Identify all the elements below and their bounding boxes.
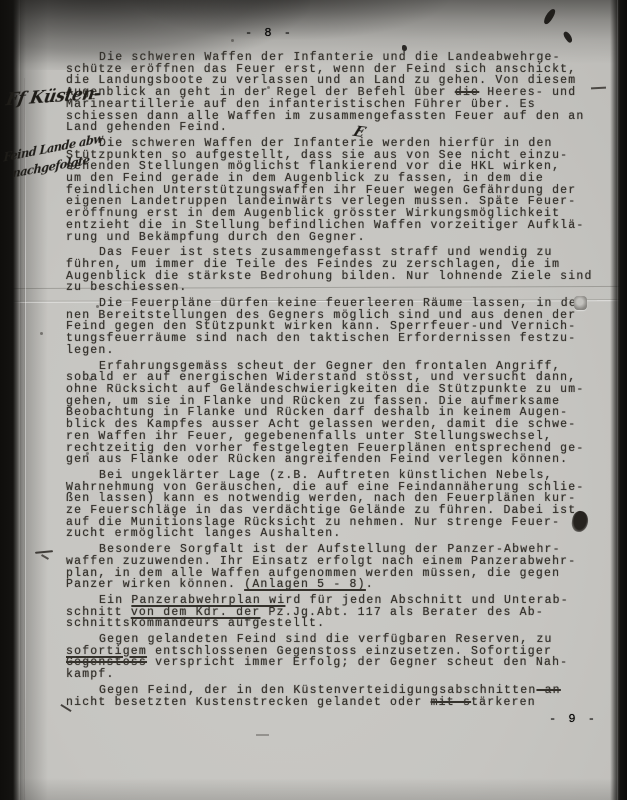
typed-text-block: Die schweren Waffen der Infanterie und d… [66, 52, 606, 712]
paper-speck [96, 305, 99, 308]
paper-speck [40, 332, 43, 335]
ink-speck [402, 45, 407, 51]
paper-speck [267, 86, 270, 89]
text-line: ren Waffen ihr Feuer, gegebenenfalls unt… [66, 431, 606, 443]
text-line: legen. [66, 345, 606, 357]
text-line: um den Feind gerade in dem Augenblick zu… [66, 173, 606, 185]
text-line: tungsfeuerräume sind nach den taktischen… [66, 333, 606, 345]
text-line: zu beschiessen. [66, 282, 606, 294]
text-line: Bei ungeklärter Lage (z.B. Auftreten kün… [66, 470, 606, 482]
paragraph: Die schweren Waffen der Infanterie werde… [66, 138, 606, 243]
text-line: führen, um immer die Teile des Feindes z… [66, 259, 606, 271]
text-line: kampf. [66, 669, 606, 681]
text-line: Die schweren Waffen der Infanterie und d… [66, 52, 606, 64]
paragraph: Gegen Feind, der in den Küstenverteidigu… [66, 685, 606, 708]
text-line: Land gehenden Feind. [66, 122, 606, 134]
page-number-top: - 8 - [245, 26, 294, 40]
paragraph: Gegen gelandeten Feind sind die verfügba… [66, 634, 606, 681]
scan-edge-right [610, 0, 627, 800]
text-line: Gegenstoss verspricht immer Erfolg; der … [66, 657, 606, 669]
paragraph: Erfahrungsgemäss scheut der Gegner den f… [66, 361, 606, 466]
paragraph: Das Feuer ist stets zusammengefasst stra… [66, 247, 606, 294]
stray-dash-mark [256, 734, 269, 736]
paper-speck [86, 452, 89, 455]
scan-edge-left [0, 0, 26, 800]
text-line: ohne Rücksicht auf Geländeschwierigkeite… [66, 384, 606, 396]
text-line: Die schweren Waffen der Infanterie werde… [66, 138, 606, 150]
paragraph: Die Feuerpläne dürfen keine feuerleeren … [66, 298, 606, 357]
text-line: waffen zuzuwenden. Ihr Einsatz erfolgt n… [66, 556, 606, 568]
text-line: entzieht die in Stellung befindlichen Wa… [66, 220, 606, 232]
staple-hole-mark [574, 296, 587, 310]
text-line: ze Feuerschläge in das verdächtige Gelän… [66, 505, 606, 517]
paragraph: Ein Panzerabwehrplan wird für jeden Absc… [66, 595, 606, 630]
paragraph: Bei ungeklärter Lage (z.B. Auftreten kün… [66, 470, 606, 540]
text-line: Gegen Feind, der in den Küstenverteidigu… [66, 685, 606, 697]
text-line: gen aus Flanke oder Rücken angreifenden … [66, 454, 606, 466]
scanned-document-page: - 8 - - 9 - Die schweren Waffen der Infa… [0, 0, 627, 800]
paragraph: Die schweren Waffen der Infanterie und d… [66, 52, 606, 134]
scan-shadow-bottom [0, 778, 627, 800]
scan-edge-highlight [617, 0, 618, 800]
text-line: Die Feuerpläne dürfen keine feuerleeren … [66, 298, 606, 310]
text-line: Marineartillerie auf den infanteristisch… [66, 99, 606, 111]
page-number-bottom: - 9 - [549, 712, 598, 726]
paper-speck [231, 39, 234, 42]
paper-speck [89, 378, 92, 381]
text-line: nicht besetzten Kustenstrecken gelandet … [66, 697, 606, 709]
paragraph: Besondere Sorgfalt ist der Aufstellung d… [66, 544, 606, 591]
text-line: schnittskommandeurs aufgestellt. [66, 618, 606, 630]
text-line: zucht ermöglicht langes Aushalten. [66, 528, 606, 540]
text-line: rung und Bekämpfung durch den Gegner. [66, 232, 606, 244]
text-line: Panzer wirken können. (Anlagen 5 - 8). [66, 579, 606, 591]
